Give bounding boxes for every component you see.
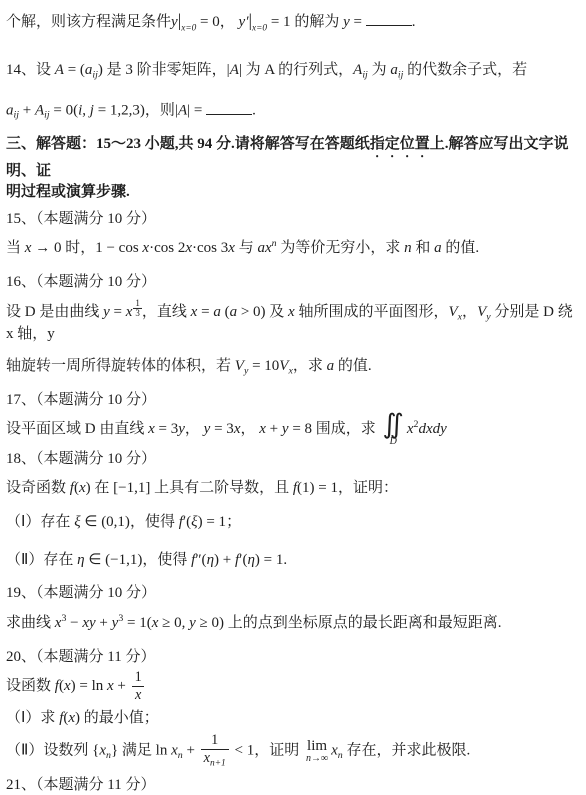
q19-body: 求曲线 x3 − xy + y3 = 1(x ≥ 0, y ≥ 0) 上的点到坐… (6, 612, 580, 634)
text-run: 指定位置 (370, 136, 430, 152)
text-run: x (148, 421, 155, 437)
text-run: （Ⅰ）存在 (6, 514, 74, 530)
text-run: ) + (214, 552, 235, 568)
text-run: ″( (195, 552, 206, 568)
text-run: 上的点到坐标原点的最长距离和最短距离. (224, 615, 502, 631)
text-run: + (266, 421, 282, 437)
text-run: ； (226, 514, 241, 530)
q13-answer-line: 个解，则该方程满足条件y|x=0 = 0， y′|x=0 = 1 的解为 y =… (6, 8, 580, 36)
text-run: ( (221, 304, 230, 320)
text-run: 与 (235, 240, 258, 256)
text-run: 为等价无穷小，求 (277, 240, 405, 256)
q20-header: 20、（本题满分 11 分） (6, 647, 580, 668)
text-run: η (77, 552, 84, 568)
text-run: = (350, 14, 366, 30)
text-run: ′( (183, 514, 191, 530)
fraction-denominator: x (132, 686, 144, 703)
text-run: ， (462, 304, 477, 320)
text-run: 的值. (334, 358, 372, 374)
text-run: ·cos 2 (149, 240, 185, 256)
text-run: 的代数余子式，若 (403, 62, 527, 78)
evaluation-subscript: x=0 (181, 24, 196, 34)
text-run: . (252, 103, 256, 119)
text-run: x (407, 421, 414, 437)
text-run: 设奇函数 (6, 480, 70, 496)
text-run: + (96, 615, 112, 631)
text-run: x (79, 480, 86, 496)
text-run: y (282, 421, 289, 437)
text-run: = ( (64, 62, 85, 78)
text-run: = 3 (155, 421, 178, 437)
fraction-denominator: 3 (133, 308, 142, 318)
text-run: ，证明 (254, 743, 303, 759)
text-run: | = (187, 103, 206, 119)
q20-body: 设函数 f(x) = ln x + 1x (6, 670, 580, 703)
limit-subscript: n→∞ (306, 754, 328, 764)
text-run: ，则 (145, 103, 175, 119)
text-run: x (126, 304, 133, 320)
text-run: x (288, 304, 295, 320)
text-run: y (189, 615, 196, 631)
text-run: ， (240, 421, 259, 437)
q21-header: 21、（本题满分 11 分） (6, 775, 580, 795)
text-run: ax (257, 240, 271, 256)
evaluation-bar: |x=0 (248, 14, 267, 30)
text-run: = (110, 304, 126, 320)
text-run: ) = 1 (198, 514, 226, 530)
text-run: 及 (266, 304, 289, 320)
text-run: 存在，并求此极限. (343, 743, 471, 759)
double-integral-icon: ∬ (383, 412, 404, 438)
text-run: （Ⅱ）设数列 (6, 743, 92, 759)
q14-line-1: 14、设 A = (aij) 是 3 阶非零矩阵，|A| 为 A 的行列式，Ai… (6, 60, 580, 83)
evaluation-bar: |x=0 (178, 14, 197, 30)
text-run: V (448, 304, 457, 320)
text-run: ，求 (293, 358, 327, 374)
text-run: + (183, 743, 199, 759)
text-run: + (114, 678, 130, 694)
text-run: 围成，求 (316, 421, 380, 437)
limit: limn→∞ (306, 739, 328, 764)
text-run: a (434, 240, 442, 256)
q16-body-line-2: 轴旋转一周所得旋转体的体积，若 Vy = 10Vx，求 a 的值. (6, 356, 580, 379)
fraction-numerator: 1 (132, 670, 145, 686)
text-run: ，证明： (338, 480, 398, 496)
text-run: = 0 (196, 14, 219, 30)
text-run: a (390, 62, 398, 78)
text-run: 求曲线 (6, 615, 55, 631)
q18-part-1: （Ⅰ）存在 ξ ∈ (0,1)，使得 f′(ξ) = 1； (6, 512, 580, 533)
exam-paper-page: 个解，则该方程满足条件y|x=0 = 0， y′|x=0 = 1 的解为 y =… (0, 0, 586, 795)
text-run: 设 D 是由曲线 (6, 304, 103, 320)
text-run: 个解，则该方程满足条件 (6, 14, 171, 30)
text-run: A (178, 103, 187, 119)
text-run: 三、解答题：15～23 小题,共 94 分.请将解答写在答题纸 (6, 136, 370, 152)
text-run: 为 A 的行列式， (242, 62, 353, 78)
text-run: = 10 (248, 358, 279, 374)
fraction-numerator: 1 (133, 299, 142, 308)
text-run: = 3 (210, 421, 233, 437)
q18-body: 设奇函数 f(x) 在 [−1,1] 上具有二阶导数，且 f(1) = 1，证明… (6, 478, 580, 499)
text-run: V (477, 304, 486, 320)
text-run: y (178, 421, 185, 437)
q18-header: 18、（本题满分 10 分） (6, 449, 580, 470)
text-run: 的最小值； (80, 710, 159, 726)
text-run: ∈ (0,1) (81, 514, 130, 530)
text-run: > 0) (237, 304, 265, 320)
text-run: η (247, 552, 254, 568)
text-run: a (213, 304, 221, 320)
text-run: 和 (412, 240, 435, 256)
text-run: 轴旋转一周所得旋转体的体积，若 (6, 358, 235, 374)
text-run: 轴所围成的平面图形， (295, 304, 449, 320)
text-run: 14、设 (6, 62, 55, 78)
text-run: y′ (239, 14, 249, 30)
answer-blank (206, 99, 252, 114)
text-run: A (230, 62, 239, 78)
q19-header: 19、（本题满分 10 分） (6, 583, 580, 604)
text-run: a (6, 103, 14, 119)
text-run: 在 (91, 480, 114, 496)
text-run: ∈ (−1,1) (85, 552, 143, 568)
text-run: y (171, 14, 178, 30)
text-run: x (171, 743, 178, 759)
text-run: → 0 (31, 240, 65, 256)
text-run: 时， (65, 240, 95, 256)
text-run: A (55, 62, 64, 78)
text-run: 当 (6, 240, 25, 256)
text-run: A (353, 62, 362, 78)
integral-domain-label: D (390, 437, 397, 447)
q17-header: 17、（本题满分 10 分） (6, 390, 580, 411)
text-run: 上具有二阶导数，且 (150, 480, 293, 496)
text-run: V (235, 358, 244, 374)
answer-blank (366, 11, 412, 26)
text-run: + (19, 103, 35, 119)
text-run: . (412, 14, 416, 30)
text-run: y (343, 14, 350, 30)
text-run: x (64, 678, 71, 694)
text-run: x (99, 743, 106, 759)
double-integral: ∬D (383, 412, 404, 447)
text-run: ，使得 (142, 552, 191, 568)
q20-part-2: （Ⅱ）设数列 {xn} 满足 ln xn + 1xn+1 < 1，证明 limn… (6, 733, 580, 769)
text-run: n+1 (210, 758, 226, 768)
text-run: − (66, 615, 82, 631)
q16-header: 16、（本题满分 10 分） (6, 272, 580, 293)
text-run: ，使得 (130, 514, 179, 530)
text-run: < 1 (231, 743, 254, 759)
text-run: 1 − cos (95, 240, 142, 256)
text-run: x (228, 240, 235, 256)
math-fraction: 1x (132, 670, 145, 703)
text-run: x (185, 240, 192, 256)
text-run: , (82, 103, 90, 119)
text-run: ·cos 3 (192, 240, 228, 256)
text-run: x (107, 678, 114, 694)
text-run: 为 (368, 62, 391, 78)
text-run: 的解为 (294, 14, 343, 30)
text-run: a (230, 304, 238, 320)
text-run: xy (82, 615, 95, 631)
text-run: 设平面区域 D 由直线 (6, 421, 148, 437)
text-run: （Ⅰ）求 (6, 710, 59, 726)
text-run: ln (156, 743, 171, 759)
text-run: 设函数 (6, 678, 55, 694)
text-run: ) = ln (71, 678, 107, 694)
text-run: a (327, 358, 335, 374)
text-run: n (404, 240, 412, 256)
text-run: (1) = 1 (297, 480, 338, 496)
q18-part-2: （Ⅱ）存在 η ∈ (−1,1)，使得 f″(η) + f′(η) = 1. (6, 550, 580, 571)
math-fraction: 1xn+1 (201, 733, 229, 769)
q15-body: 当 x → 0 时，1 − cos x·cos 2x·cos 3x 与 axn … (6, 237, 580, 259)
text-run: [−1,1] (113, 480, 150, 496)
text-run: η (207, 552, 214, 568)
q17-body: 设平面区域 D 由直线 x = 3y， y = 3x， x + y = 8 围成… (6, 412, 580, 447)
section-3-header-line-2: 明过程或演算步骤. (6, 182, 580, 203)
q20-part-1: （Ⅰ）求 f(x) 的最小值； (6, 708, 580, 729)
text-run: dxdy (418, 421, 446, 437)
text-run: = (197, 304, 213, 320)
text-run: 满足 (118, 743, 156, 759)
limit-word: lim (307, 739, 327, 754)
text-run: x (331, 743, 338, 759)
text-run: = 0( (50, 103, 78, 119)
text-run: = 8 (289, 421, 316, 437)
text-run: A (35, 103, 44, 119)
text-run: ，直线 (142, 304, 191, 320)
q16-body-line-1: 设 D 是由曲线 y = x13，直线 x = a (a > 0) 及 x 轴所… (6, 302, 580, 346)
section-3-header-line-1: 三、解答题：15～23 小题,共 94 分.请将解答写在答题纸指定位置上.解答应… (6, 134, 580, 182)
fraction-denominator: xn+1 (201, 749, 229, 769)
text-run: = 1( (123, 615, 151, 631)
q14-line-2: aij + Aij = 0(i, j = 1,2,3)，则|A| = . (6, 99, 580, 123)
fraction-numerator: 1 (208, 733, 221, 749)
evaluation-subscript: x=0 (252, 24, 267, 34)
text-run: 是 3 阶非零矩阵， (103, 62, 227, 78)
math-fraction: 13 (133, 299, 142, 319)
text-run: （Ⅱ）存在 (6, 552, 77, 568)
text-run: ) = 1. (255, 552, 287, 568)
text-run: x (259, 421, 266, 437)
text-run: 的值. (442, 240, 480, 256)
q15-header: 15、（本题满分 10 分） (6, 209, 580, 230)
text-run: ≥ 0, (158, 615, 189, 631)
text-run: ≥ 0) (196, 615, 224, 631)
text-run: ， (185, 421, 204, 437)
text-run: ， (220, 14, 239, 30)
text-run: y (103, 304, 110, 320)
text-run: = 1 (267, 14, 294, 30)
text-run: = 1,2,3) (94, 103, 145, 119)
